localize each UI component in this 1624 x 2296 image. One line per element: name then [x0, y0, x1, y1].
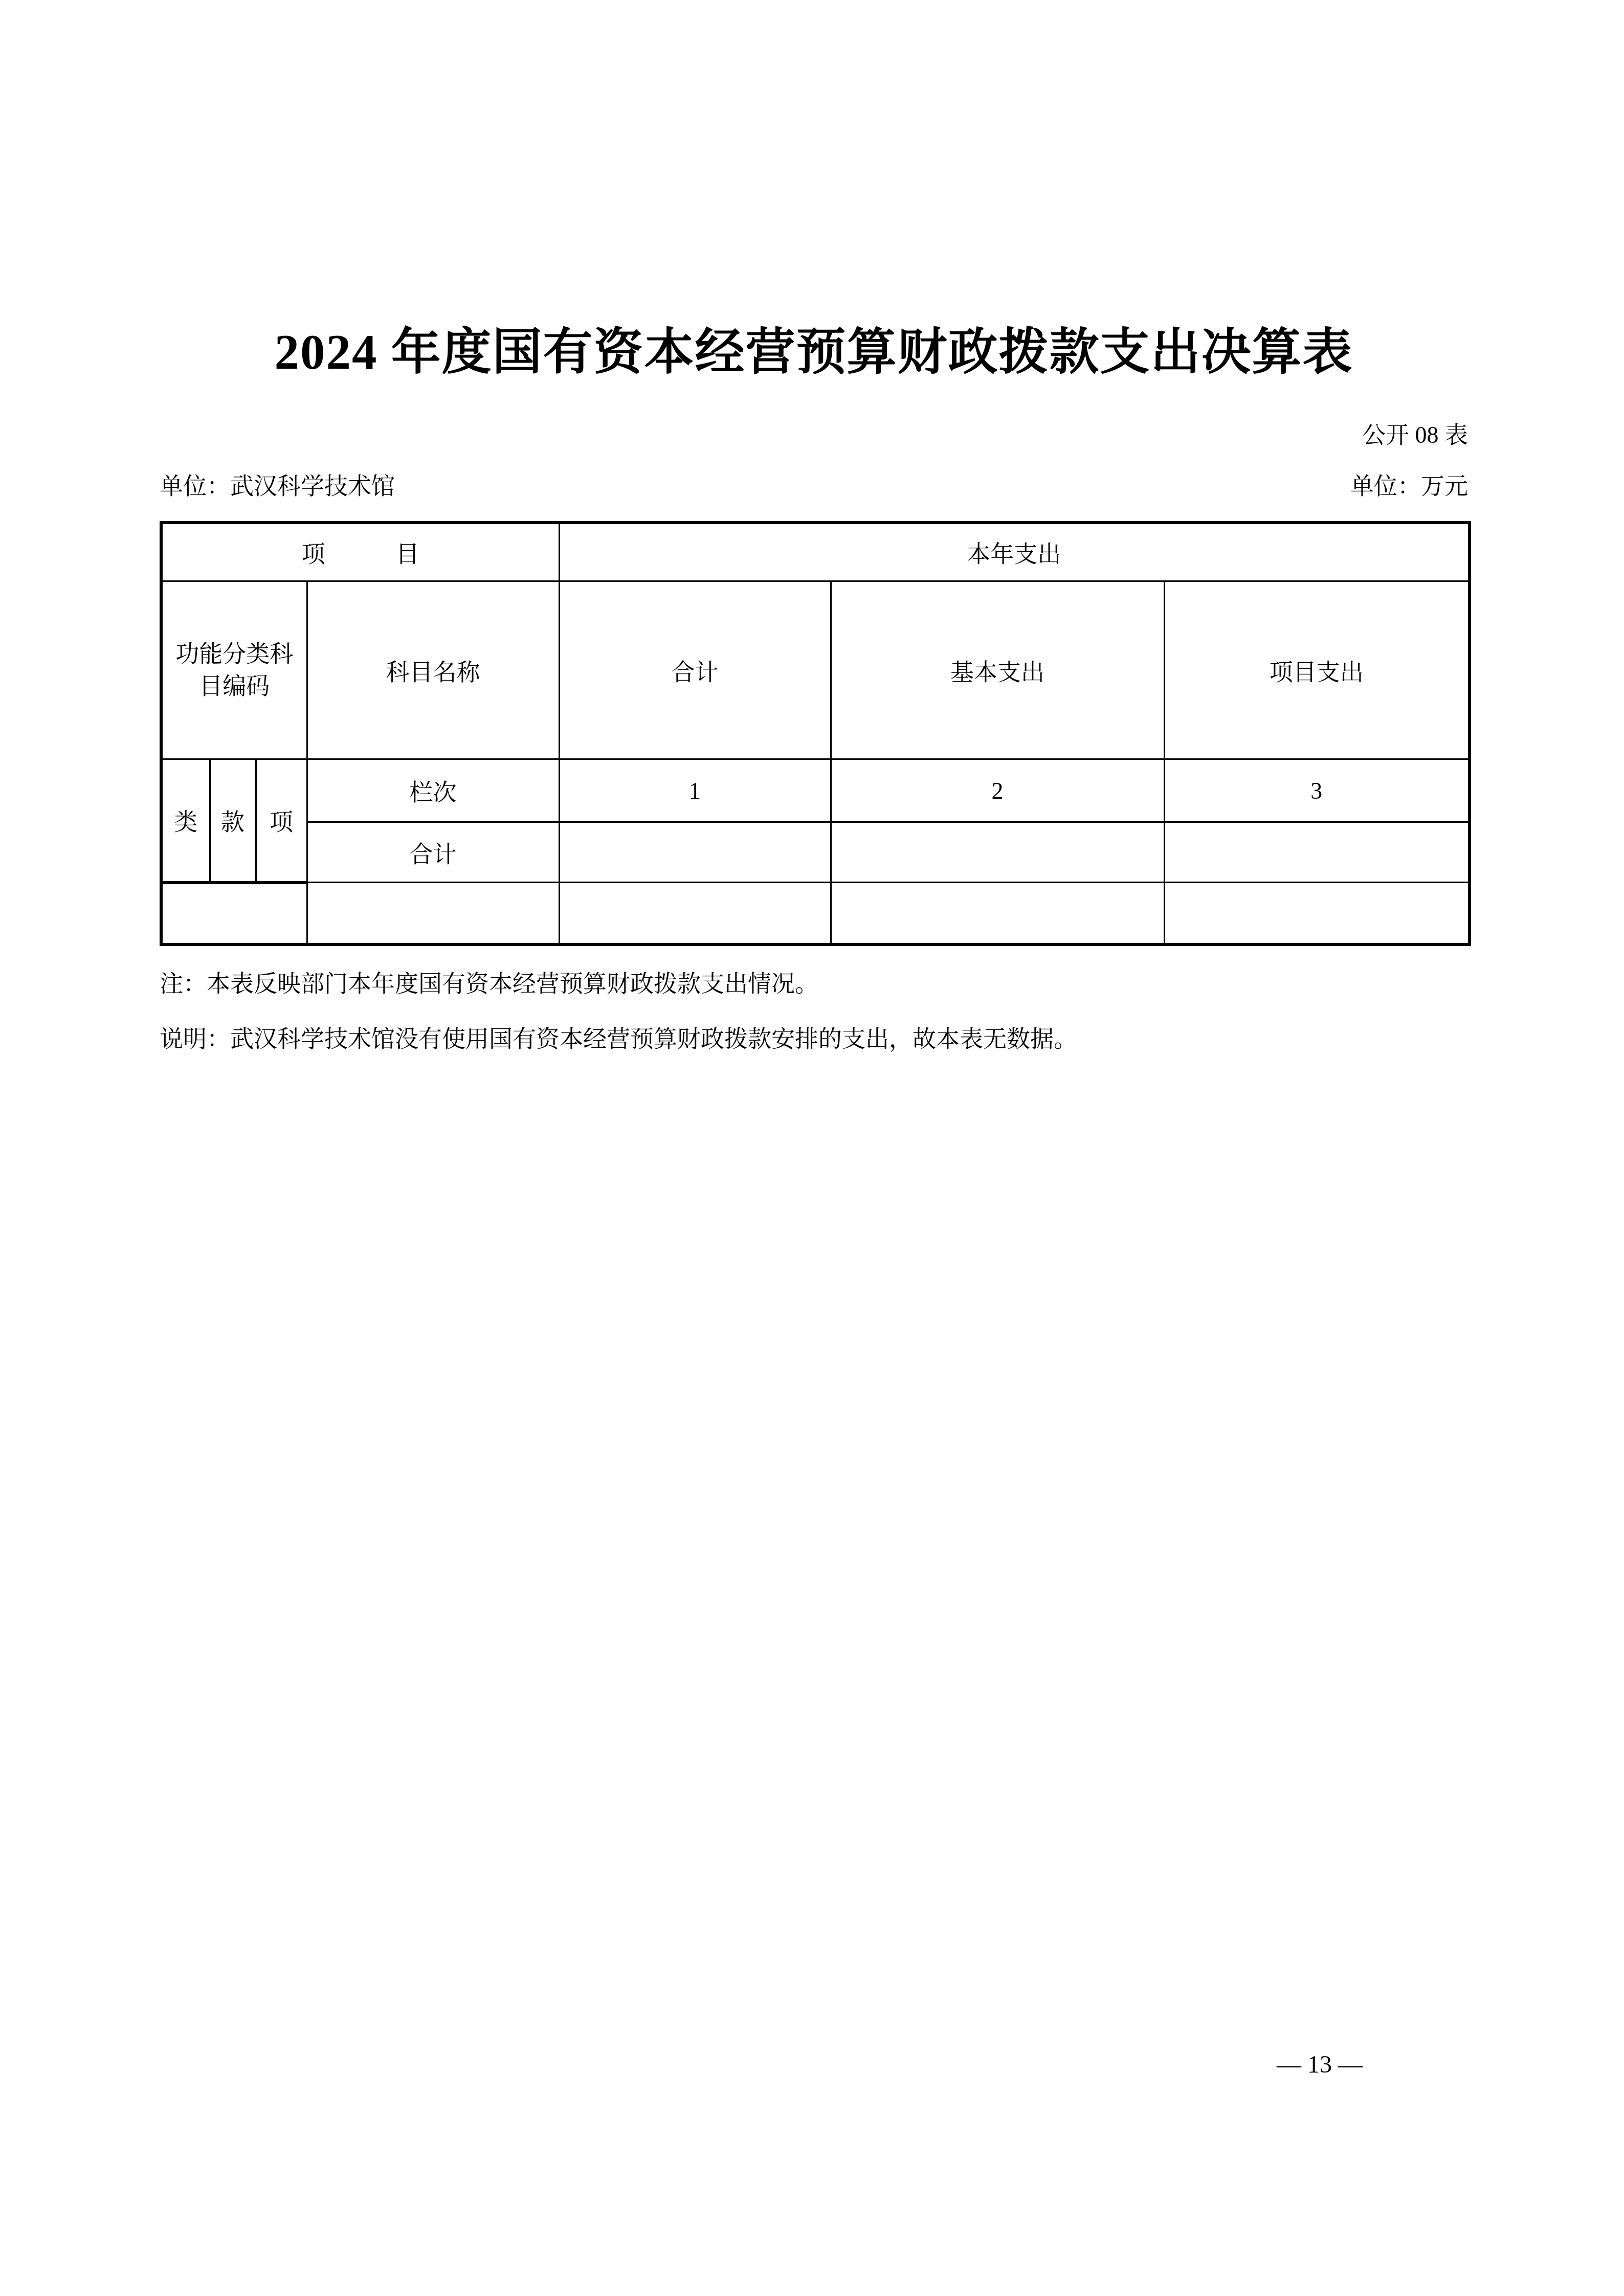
cell-empty-project: [1164, 883, 1470, 944]
document-page: 2024 年度国有资本经营预算财政拨款支出决算表 公开 08 表 单位：武汉科学…: [0, 0, 1624, 2296]
page-title: 2024 年度国有资本经营预算财政拨款支出决算表: [160, 0, 1468, 378]
table-row-empty: [161, 883, 1470, 944]
header-cell-basic-expenditure: 基本支出: [831, 581, 1164, 759]
cell-column-index-label: 栏次: [307, 759, 559, 822]
cell-total-basic: [831, 822, 1164, 883]
unit-row: 单位：武汉科学技术馆 单位：万元: [160, 474, 1468, 500]
cell-empty-sum: [559, 883, 831, 944]
header-cell-current-year-expenditure: 本年支出: [559, 523, 1470, 581]
table-row-group-header: 项 目 本年支出: [161, 523, 1470, 581]
unit-name-label: 单位：武汉科学技术馆: [160, 474, 395, 500]
table-row-total: 合计: [161, 822, 1470, 883]
cell-total-project: [1164, 822, 1470, 883]
header-cell-item: 项: [256, 759, 307, 883]
cell-empty-name: [307, 883, 559, 944]
cell-column-number-3: 3: [1164, 759, 1470, 822]
table-statement: 说明：武汉科学技术馆没有使用国有资本经营预算财政拨款安排的支出，故本表无数据。: [160, 1023, 1468, 1055]
page-content: 2024 年度国有资本经营预算财政拨款支出决算表 公开 08 表 单位：武汉科学…: [160, 0, 1468, 1055]
header-cell-section: 款: [210, 759, 256, 883]
header-cell-subject-name: 科目名称: [307, 581, 559, 759]
functional-code-text: 功能分类科目编码: [173, 638, 296, 702]
table-note: 注：本表反映部门本年度国有资本经营预算财政拨款支出情况。: [160, 967, 1468, 1000]
cell-column-number-2: 2: [831, 759, 1164, 822]
header-cell-total: 合计: [559, 581, 831, 759]
header-cell-functional-code: 功能分类科目编码: [161, 581, 307, 759]
page-number: — 13 —: [1238, 2052, 1401, 2079]
table-row-column-index: 类 款 项 栏次 1 2 3: [161, 759, 1470, 822]
header-cell-class: 类: [161, 759, 210, 883]
cell-empty-basic: [831, 883, 1164, 944]
header-cell-project-group: 项 目: [161, 523, 559, 581]
unit-measure-label: 单位：万元: [1350, 474, 1468, 500]
cell-empty-code: [161, 883, 307, 944]
table-row-column-headers: 功能分类科目编码 科目名称 合计 基本支出 项目支出: [161, 581, 1470, 759]
cell-total-label: 合计: [307, 822, 559, 883]
cell-column-number-1: 1: [559, 759, 831, 822]
header-cell-project-expenditure: 项目支出: [1164, 581, 1470, 759]
budget-table: 项 目 本年支出 功能分类科目编码 科目名称 合计 基本支出 项目支出 类 款 …: [160, 521, 1471, 946]
doc-code-label: 公开 08 表: [160, 422, 1468, 448]
cell-total-sum: [559, 822, 831, 883]
